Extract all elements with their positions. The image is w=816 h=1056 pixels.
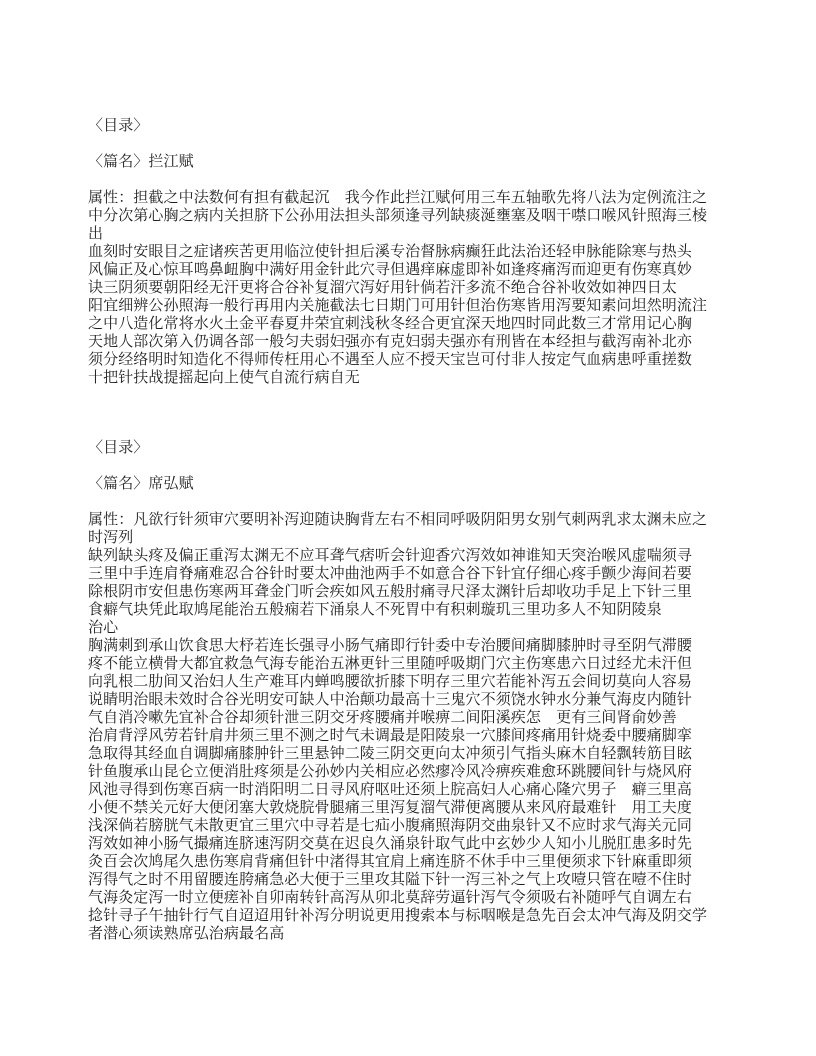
text-line: 说睛明治眼未效时合谷光明安可缺人中治颠功最高十三鬼穴不须饶水钟水分兼气海皮内随针: [88, 691, 728, 709]
text-line: 浅深倘若膀胱气未散更宜三里穴中寻若是七疝小腹痛照海阴交曲泉针又不应时求气海关元同: [88, 817, 728, 835]
text-line: 治肩背浮风劳若针肩井须三里不测之时气未调最是阳陵泉一穴膝间疼痛用针烧委中腰痛脚挛: [88, 727, 728, 745]
text-line: 者潜心须读熟席弘治病最名高: [88, 925, 728, 943]
text-line: 针鱼腹承山昆仑立便消肚疼须是公孙妙内关相应必然瘳冷风冷痹疾难愈环跳腰间针与烧风府: [88, 763, 728, 781]
text-line: 三里中手连肩脊痛难忍合谷针时要太冲曲池两手不如意合谷下针宜仔细心疼手颤少海间若要: [88, 565, 728, 583]
toc-marker: 〈目录〉: [88, 439, 728, 457]
text-line: 天地人部次第入仍调各部一般匀夫弱妇强亦有克妇弱夫强亦有刑皆在本经担与截泻南补北亦: [88, 333, 728, 351]
toc-marker: 〈目录〉: [88, 117, 728, 135]
text-line: 向乳根二肋间又治妇人生产难耳内蝉鸣腰欲折膝下明存三里穴若能补泻五会间切莫向人容易: [88, 673, 728, 691]
text-line: 时泻列: [88, 529, 728, 547]
text-line: 食癖气块凭此取鸠尾能治五般痫若下涌泉人不死胃中有积刺璇玑三里功多人不知阴陵泉: [88, 601, 728, 619]
text-line: 疼不能立横骨大都宜救急气海专能治五淋更针三里随呼吸期门穴主伤寒患六日过经尤未汗但: [88, 655, 728, 673]
text-line: 诀三阴须要朝阳经无汗更将合谷补复溜穴泻好用针倘若汗多流不绝合谷补收效如神四日太: [88, 279, 728, 297]
section-title: 〈篇名〉席弘赋: [88, 475, 728, 493]
text-line: 除根阴市安但患伤寒两耳聋金门听会疾如风五般肘痛寻尺泽太渊针后却收功手足上下针三里: [88, 583, 728, 601]
text-line: 急取得其经血自调脚痛膝肿针三里悬钟二陵三阴交更向太冲须引气指头麻木自轻飘转筋目眩: [88, 745, 728, 763]
text-line: 缺列缺头疼及偏正重泻太渊无不应耳聋气痞听会针迎香穴泻效如神谁知天突治喉风虚喘须寻: [88, 547, 728, 565]
section-xihongfu: 〈目录〉 〈篇名〉席弘赋 属性：凡欲行针须审穴要明补泻迎随诀胸背左右不相同呼吸阴…: [88, 439, 728, 943]
text-line: 须分经络明时知造化不得师传枉用心不遇至人应不授天宝岂可付非人按定气血病患呼重搓数: [88, 351, 728, 369]
text-line: 灸百会次鸠尾久患伤寒肩背痛但针中渚得其宜肩上痛连脐不休手中三里便须求下针麻重即须: [88, 853, 728, 871]
text-line: 之中八造化常将水火土金平春夏井荣宜刺浅秋冬经合更宜深天地四时同此数三才常用记心胸: [88, 315, 728, 333]
text-line: 血刻时安眼目之症诸疾苦更用临泣使针担后溪专治督脉病癫狂此法治还轻申脉能除寒与热头: [88, 243, 728, 261]
text-line: 捻针寻子午抽针行气自迢迢用针补泻分明说更用搜索本与标咽喉是急先百会太冲气海及阴交…: [88, 907, 728, 925]
text-line: 小便不禁关元好大便闭塞大敦烧脘骨腿痛三里泻复溜气滞便离腰从来风府最难针 用工夫度: [88, 799, 728, 817]
text-line: 胸满刺到承山饮食思大杼若连长强寻小肠气痛即行针委中专治腰间痛脚膝肿时寻至阴气滞腰: [88, 637, 728, 655]
text-line: 阳宜细辨公孙照海一般行再用内关施截法七日期门可用针但治伤寒皆用泻要知素问坦然明流…: [88, 297, 728, 315]
text-line: 出: [88, 225, 728, 243]
blank-line: [88, 171, 728, 189]
document-page: 〈目录〉 〈篇名〉拦江赋 属性：担截之中法数何有担有截起沉 我今作此拦江赋何用三…: [0, 0, 816, 1056]
text-line: 中分次第心胸之病内关担脐下公孙用法担头部须逢寻列缺痰涎壅塞及咽干噤口喉风针照海三…: [88, 207, 728, 225]
text-line: 风偏正及心惊耳鸣鼻衄胸中满好用金针此穴寻但遇痒麻虚即补如逢疼痛泻而迎更有伤寒真妙: [88, 261, 728, 279]
blank-line: [88, 135, 728, 153]
text-line: 风池寻得到伤寒百病一时消阳明二日寻风府呕吐还须上脘高妇人心痛心隆穴男子 癖三里高: [88, 781, 728, 799]
text-line: 泻得气之时不用留腰连胯痛急必大便于三里攻其隘下针一泻三补之气上攻噎只管在噎不住时: [88, 871, 728, 889]
text-line: 气自消冷嗽先宜补合谷却须针泄三阴交牙疼腰痛并喉痹二间阳溪疾怎 更有三间肾俞妙善: [88, 709, 728, 727]
section-lanjiangfu: 〈目录〉 〈篇名〉拦江赋 属性：担截之中法数何有担有截起沉 我今作此拦江赋何用三…: [88, 117, 728, 387]
blank-line: [88, 457, 728, 475]
text-line: 属性：凡欲行针须审穴要明补泻迎随诀胸背左右不相同呼吸阴阳男女别气刺两乳求太渊未应…: [88, 511, 728, 529]
text-line: 泻效如神小肠气撮痛连脐速泻阴交莫在迟良久涌泉针取气此中玄妙少人知小儿脱肛患多时先: [88, 835, 728, 853]
text-line: 气海灸定泻一时立便瘥补自卯南转针高泻从卯北莫辞劳逼针泻气令须吸右补随呼气自调左右: [88, 889, 728, 907]
text-line: 属性：担截之中法数何有担有截起沉 我今作此拦江赋何用三车五轴歌先将八法为定例流注…: [88, 189, 728, 207]
text-line: 十把针扶战提摇起向上使气自流行病自无: [88, 369, 728, 387]
text-line: 治心: [88, 619, 728, 637]
blank-line: [88, 493, 728, 511]
section-gap: [88, 387, 728, 439]
section-title: 〈篇名〉拦江赋: [88, 153, 728, 171]
